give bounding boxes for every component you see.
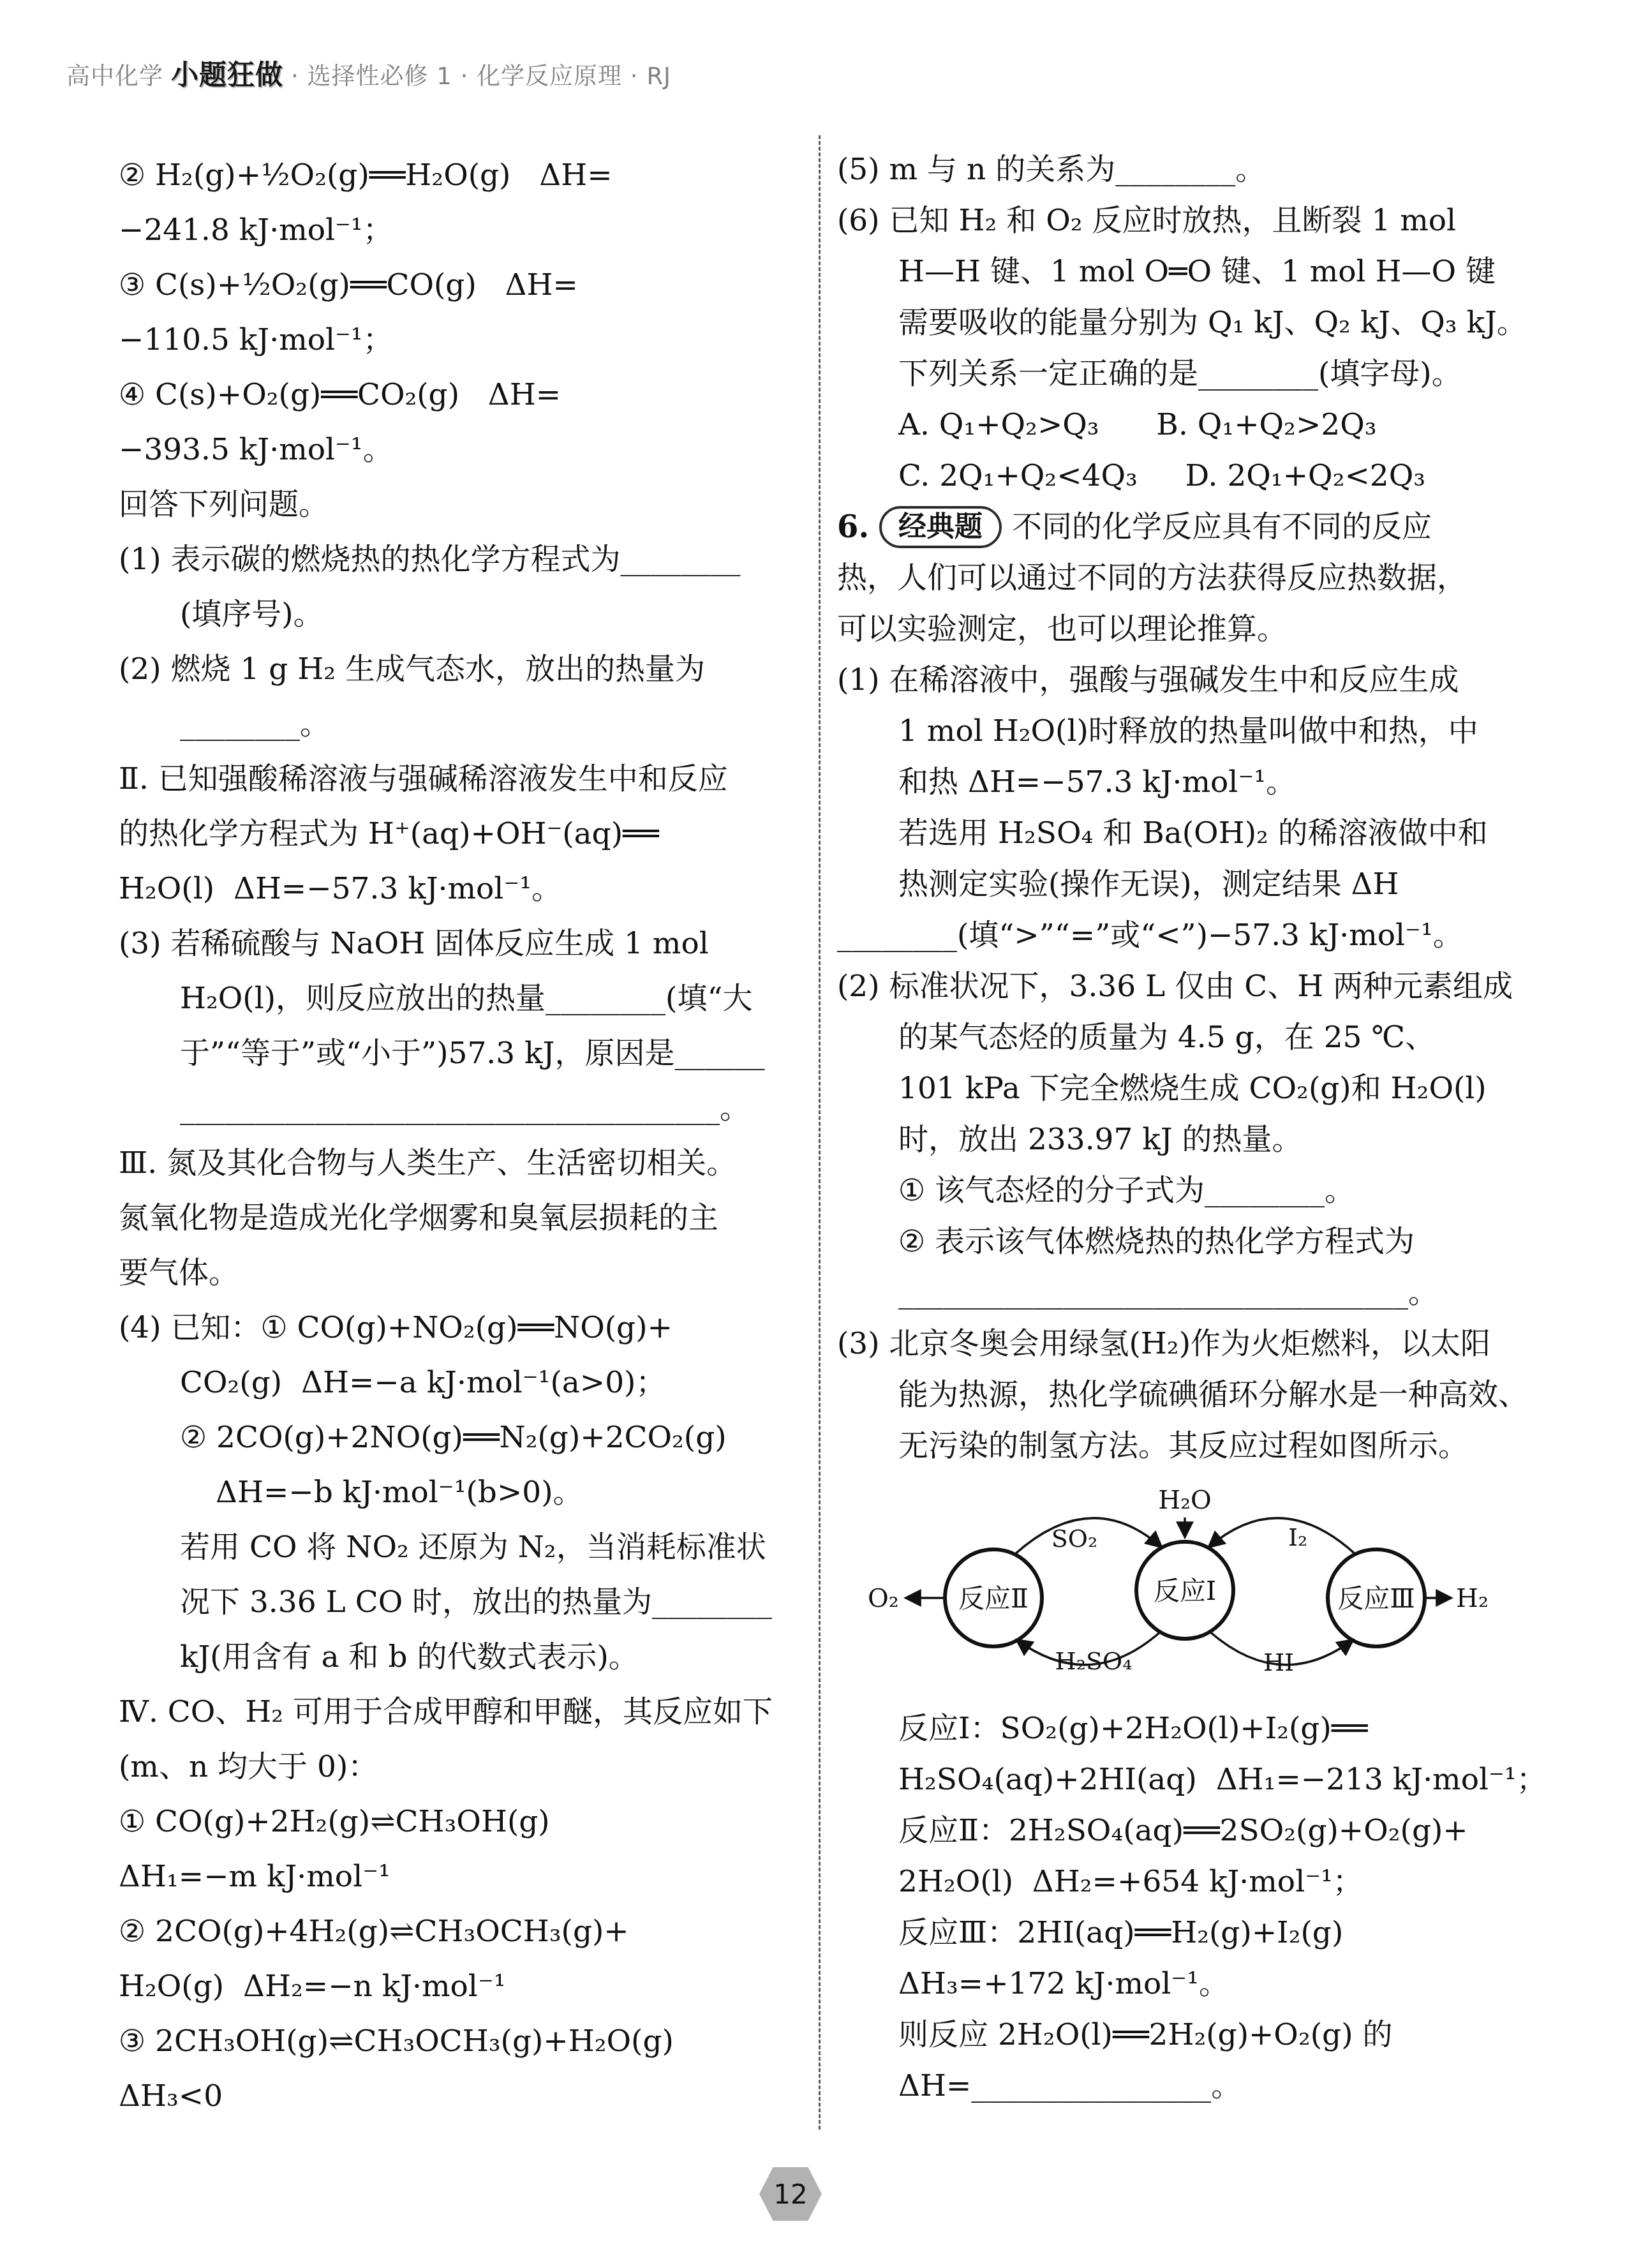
cycle-diagram-svg: 反应Ⅱ 反应Ⅰ 反应Ⅲ H₂O O₂ H₂ SO₂ I₂ [856,1482,1507,1696]
text-line: ② 2CO(g)+4H₂(g)⇌CH₃OCH₃(g)+ [119,1904,815,1959]
text-line: 101 kPa 下完全燃烧生成 CO₂(g)和 H₂O(l) [837,1063,1550,1114]
text-line: H₂O(g) ΔH₂=−n kJ·mol⁻¹ [119,1959,815,2014]
water-input-label: H₂O [1158,1486,1212,1515]
page-header: 高中化学小题狂做· 选择性必修 1 · 化学反应原理 · RJ [66,54,671,93]
text-line: 热测定实验(操作无误)，测定结果 ΔH [837,859,1550,910]
text-line: (3) 若稀硫酸与 NaOH 固体反应生成 1 mol [119,916,815,971]
text-line: 的某气态烃的质量为 4.5 g，在 25 ℃、 [837,1012,1550,1063]
i2-edge-label: I₂ [1288,1523,1307,1551]
classic-question-badge: 经典题 [879,506,1002,548]
text-line: 要气体。 [119,1246,815,1301]
text-line: 回答下列问题。 [119,477,815,532]
text-line: 若用 CO 将 NO₂ 还原为 N₂，当消耗标准状 [119,1520,815,1575]
text-line: Ⅱ. 已知强酸稀溶液与强碱稀溶液发生中和反应 [119,752,815,807]
text-line: 下列关系一定正确的是________(填字母)。 [837,348,1550,399]
text-line: ________(填“>”“=”或“<”)−57.3 kJ·mol⁻¹。 [837,910,1550,961]
text-line: H₂O(l) ΔH=−57.3 kJ·mol⁻¹。 [119,862,815,916]
text-line: ② H₂(g)+½O₂(g)══H₂O(g) ΔH= [119,148,815,203]
text-line: (6) 已知 H₂ 和 O₂ 反应时放热，且断裂 1 mol [837,195,1550,246]
text-line: A. Q₁+Q₂>Q₃ B. Q₁+Q₂>2Q₃ [837,399,1550,451]
text-line: 反应Ⅱ：2H₂SO₄(aq)══2SO₂(g)+O₂(g)+ [837,1805,1550,1856]
text-line: (1) 表示碳的燃烧热的热化学方程式为________ [119,532,815,587]
text-line: (1) 在稀溶液中，强酸与强碱发生中和反应生成 [837,655,1550,706]
text-line: Ⅳ. CO、H₂ 可用于合成甲醇和甲醚，其反应如下 [119,1685,815,1740]
text-line: ΔH=________________。 [837,2061,1550,2112]
text-line: ② 2CO(g)+2NO(g)══N₂(g)+2CO₂(g) [119,1410,815,1465]
header-subtitle: · 选择性必修 1 · 化学反应原理 · RJ [291,63,671,90]
text-line: 反应Ⅲ：2HI(aq)══H₂(g)+I₂(g) [837,1907,1550,1958]
workbook-page: 高中化学小题狂做· 选择性必修 1 · 化学反应原理 · RJ ② H₂(g)+… [0,0,1627,2268]
text-line: 若选用 H₂SO₄ 和 Ba(OH)₂ 的稀溶液做中和 [837,808,1550,859]
text-line: 氮氧化物是造成光化学烟雾和臭氧层损耗的主 [119,1191,815,1246]
text-line: 可以实验测定，也可以理论推算。 [837,604,1550,655]
text-line: ΔH₃<0 [119,2069,815,2124]
hi-edge-label: HI [1263,1648,1294,1676]
sulfur-iodine-cycle-diagram: 反应Ⅱ 反应Ⅰ 反应Ⅲ H₂O O₂ H₂ SO₂ I₂ [856,1482,1513,1698]
text-line: −241.8 kJ·mol⁻¹； [119,203,815,258]
text-line: H₂SO₄(aq)+2HI(aq) ΔH₁=−213 kJ·mol⁻¹； [837,1754,1550,1805]
text-line: (2) 燃烧 1 g H₂ 生成气态水，放出的热量为 [119,642,815,697]
text-line: (m、n 均大于 0)： [119,1740,815,1794]
text-line: H—H 键、1 mol O═O 键、1 mol H—O 键 [837,246,1550,297]
reaction-2-label: 反应Ⅱ [958,1583,1029,1614]
i2-edge-arrow [1209,1518,1356,1555]
page-number: 12 [773,2179,807,2210]
text-line: 反应Ⅰ：SO₂(g)+2H₂O(l)+I₂(g)══ [837,1703,1550,1754]
text-line: 时，放出 233.97 kJ 的热量。 [837,1114,1550,1165]
text-line: 热，人们可以通过不同的方法获得反应热数据， [837,553,1550,604]
text-line: ③ 2CH₃OH(g)⇌CH₃OCH₃(g)+H₂O(g) [119,2014,815,2069]
text-line: ________。 [119,697,815,752]
text-line: ΔH=−b kJ·mol⁻¹(b>0)。 [119,1465,815,1520]
text-line: ③ C(s)+½O₂(g)══CO(g) ΔH= [119,258,815,313]
oxygen-output-label: O₂ [868,1584,899,1613]
h2so4-edge-label: H₂SO₄ [1055,1647,1133,1675]
text-line: 能为热源，热化学硫碘循环分解水是一种高效、 [837,1369,1550,1421]
so2-edge-label: SO₂ [1051,1525,1097,1553]
question-6-text: 不同的化学反应具有不同的反应 [1012,502,1432,553]
text-line: 况下 3.36 L CO 时，放出的热量为________ [119,1575,815,1630]
right-column: (5) m 与 n 的关系为________。(6) 已知 H₂ 和 O₂ 反应… [837,144,1550,2112]
text-line: kJ(用含有 a 和 b 的代数式表示)。 [119,1630,815,1685]
page-number-badge: 12 [759,2167,822,2221]
text-line: (5) m 与 n 的关系为________。 [837,144,1550,195]
text-line: 1 mol H₂O(l)时释放的热量叫做中和热，中 [837,706,1550,757]
question-number: 6. [837,502,869,553]
column-divider [819,135,821,2130]
text-line: 需要吸收的能量分别为 Q₁ kJ、Q₂ kJ、Q₃ kJ。 [837,297,1550,348]
brand-logo: 小题狂做 [171,59,283,91]
question-6-heading: 6. 经典题 不同的化学反应具有不同的反应 [837,502,1550,553]
right-top-lines: (5) m 与 n 的关系为________。(6) 已知 H₂ 和 O₂ 反应… [837,144,1550,502]
reaction-1-label: 反应Ⅰ [1154,1576,1216,1606]
text-line: ΔH₃=+172 kJ·mol⁻¹。 [837,1958,1550,2010]
header-course: 高中化学 [66,63,163,90]
text-line: 无污染的制氢方法。其反应过程如图所示。 [837,1421,1550,1472]
text-line: (填序号)。 [119,587,815,642]
right-middle-lines: 热，人们可以通过不同的方法获得反应热数据，可以实验测定，也可以理论推算。(1) … [837,553,1550,1472]
text-line: Ⅲ. 氮及其化合物与人类生产、生活密切相关。 [119,1136,815,1191]
text-line: (4) 已知：① CO(g)+NO₂(g)══NO(g)+ [119,1301,815,1355]
text-line: ΔH₁=−m kJ·mol⁻¹ [119,1849,815,1904]
text-line: H₂O(l)，则反应放出的热量________(填“大 [119,971,815,1026]
text-line: (2) 标准状况下，3.36 L 仅由 C、H 两种元素组成 [837,961,1550,1012]
text-line: __________________________________。 [837,1267,1550,1318]
text-line: 的热化学方程式为 H⁺(aq)+OH⁻(aq)══ [119,807,815,862]
text-line: ① CO(g)+2H₂(g)⇌CH₃OH(g) [119,1794,815,1849]
text-line: C. 2Q₁+Q₂<4Q₃ D. 2Q₁+Q₂<2Q₃ [837,451,1550,502]
text-line: −393.5 kJ·mol⁻¹。 [119,422,815,477]
text-line: (3) 北京冬奥会用绿氢(H₂)作为火炬燃料，以太阳 [837,1318,1550,1369]
text-line: 2H₂O(l) ΔH₂=+654 kJ·mol⁻¹； [837,1856,1550,1907]
text-line: ____________________________________。 [119,1081,815,1136]
text-line: ④ C(s)+O₂(g)══CO₂(g) ΔH= [119,368,815,422]
hydrogen-output-label: H₂ [1456,1584,1489,1613]
reaction-3-label: 反应Ⅲ [1337,1583,1415,1614]
left-column: ② H₂(g)+½O₂(g)══H₂O(g) ΔH=−241.8 kJ·mol⁻… [119,148,815,2124]
right-bottom-lines: 反应Ⅰ：SO₂(g)+2H₂O(l)+I₂(g)══H₂SO₄(aq)+2HI(… [837,1703,1550,2112]
text-line: CO₂(g) ΔH=−a kJ·mol⁻¹(a>0)； [119,1355,815,1410]
text-line: −110.5 kJ·mol⁻¹； [119,313,815,368]
text-line: 于”“等于”或“小于”)57.3 kJ，原因是______ [119,1026,815,1081]
text-line: ① 该气态烃的分子式为________。 [837,1165,1550,1216]
text-line: 则反应 2H₂O(l)══2H₂(g)+O₂(g) 的 [837,2010,1550,2061]
text-line: ② 表示该气体燃烧热的热化学方程式为 [837,1216,1550,1267]
text-line: 和热 ΔH=−57.3 kJ·mol⁻¹。 [837,757,1550,808]
